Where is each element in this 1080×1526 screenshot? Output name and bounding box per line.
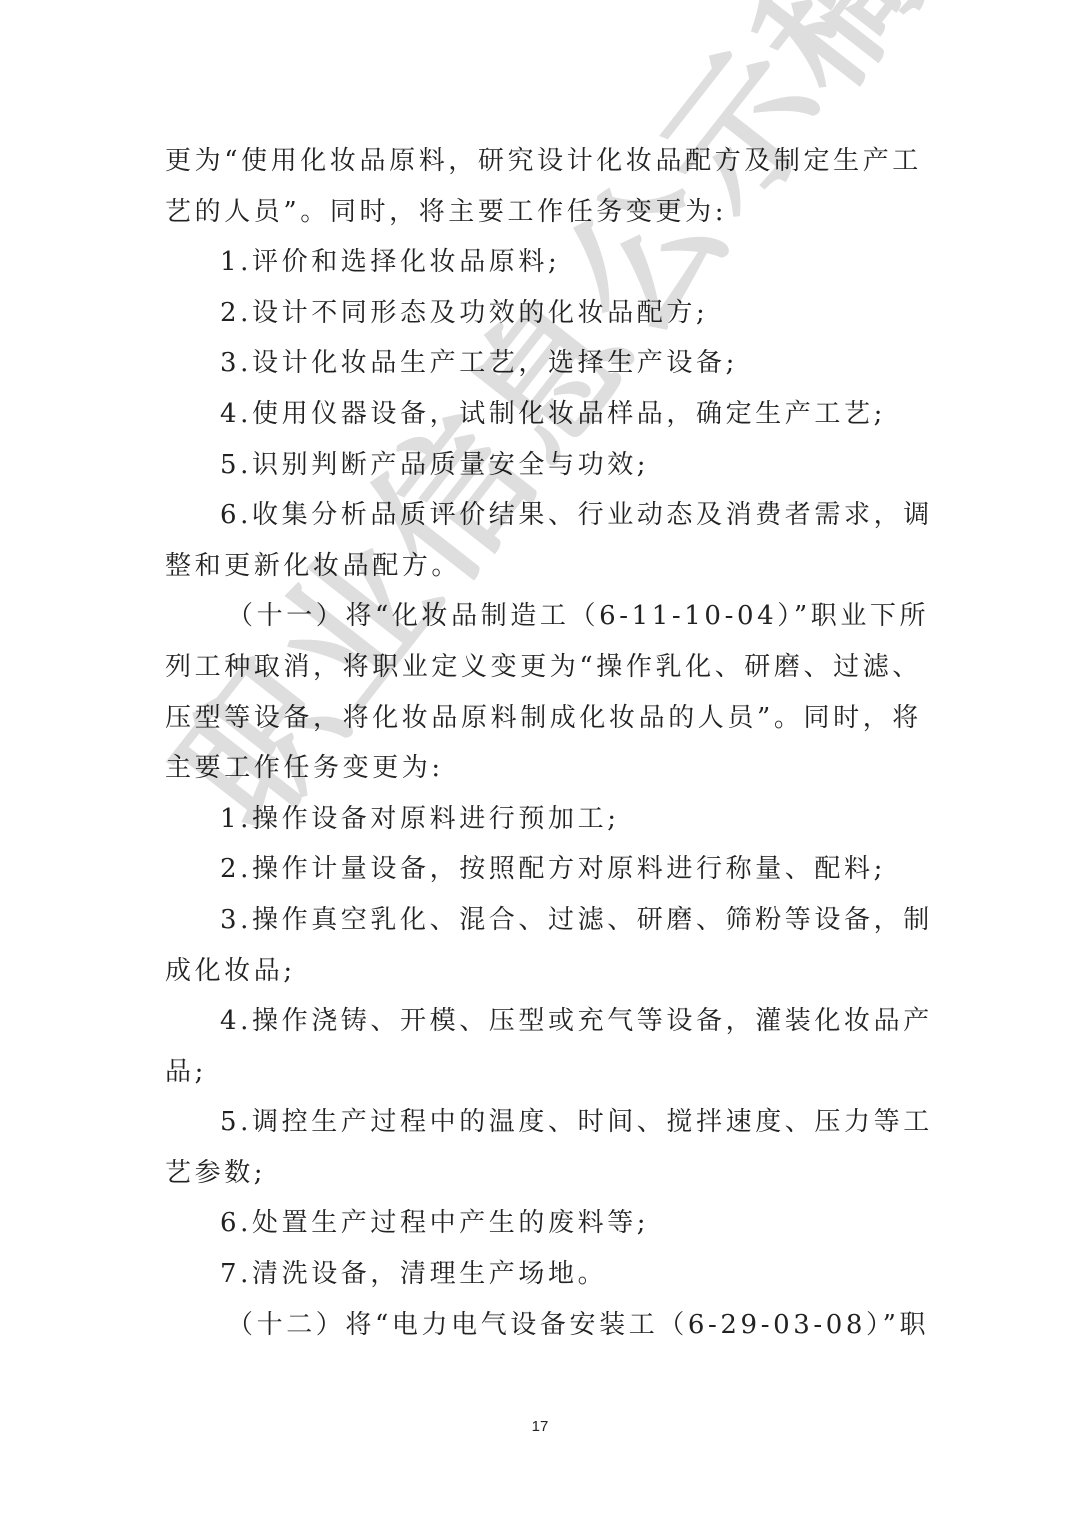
list-item: 3.操作真空乳化、混合、过滤、研磨、筛粉等设备，制	[165, 895, 917, 946]
list-item: 2.操作计量设备，按照配方对原料进行称量、配料;	[165, 844, 917, 895]
document-body: 更为“使用化妆品原料，研究设计化妆品配方及制定生产工 艺的人员”。同时，将主要工…	[165, 136, 917, 1350]
list-item: 2.设计不同形态及功效的化妆品配方;	[165, 288, 917, 339]
section-heading-line: （十一）将“化妆品制造工（6-11-10-04）”职业下所	[165, 591, 917, 642]
page-number: 17	[0, 1418, 1080, 1435]
list-item-continuation: 成化妆品;	[165, 946, 917, 997]
list-item: 1.操作设备对原料进行预加工;	[165, 794, 917, 845]
list-item: 6.处置生产过程中产生的废料等;	[165, 1198, 917, 1249]
paragraph-line: 更为“使用化妆品原料，研究设计化妆品配方及制定生产工	[165, 136, 917, 187]
paragraph-line: 列工种取消，将职业定义变更为“操作乳化、研磨、过滤、	[165, 642, 917, 693]
paragraph-line: 主要工作任务变更为:	[165, 743, 917, 794]
paragraph-line: 艺的人员”。同时，将主要工作任务变更为:	[165, 187, 917, 238]
list-item: 3.设计化妆品生产工艺，选择生产设备;	[165, 338, 917, 389]
list-item: 6.收集分析品质评价结果、行业动态及消费者需求，调	[165, 490, 917, 541]
section-heading-line: （十二）将“电力电气设备安装工（6-29-03-08）”职	[165, 1300, 917, 1351]
list-item: 1.评价和选择化妆品原料;	[165, 237, 917, 288]
list-item-continuation: 艺参数;	[165, 1148, 917, 1199]
paragraph-line: 压型等设备，将化妆品原料制成化妆品的人员”。同时，将	[165, 693, 917, 744]
list-item: 7.清洗设备，清理生产场地。	[165, 1249, 917, 1300]
list-item-continuation: 品;	[165, 1047, 917, 1098]
document-page: 职业信息公示稿 更为“使用化妆品原料，研究设计化妆品配方及制定生产工 艺的人员”…	[0, 0, 1080, 1526]
list-item: 5.调控生产过程中的温度、时间、搅拌速度、压力等工	[165, 1097, 917, 1148]
list-item: 4.使用仪器设备，试制化妆品样品，确定生产工艺;	[165, 389, 917, 440]
list-item: 5.识别判断产品质量安全与功效;	[165, 440, 917, 491]
list-item: 4.操作浇铸、开模、压型或充气等设备，灌装化妆品产	[165, 996, 917, 1047]
list-item-continuation: 整和更新化妆品配方。	[165, 541, 917, 592]
